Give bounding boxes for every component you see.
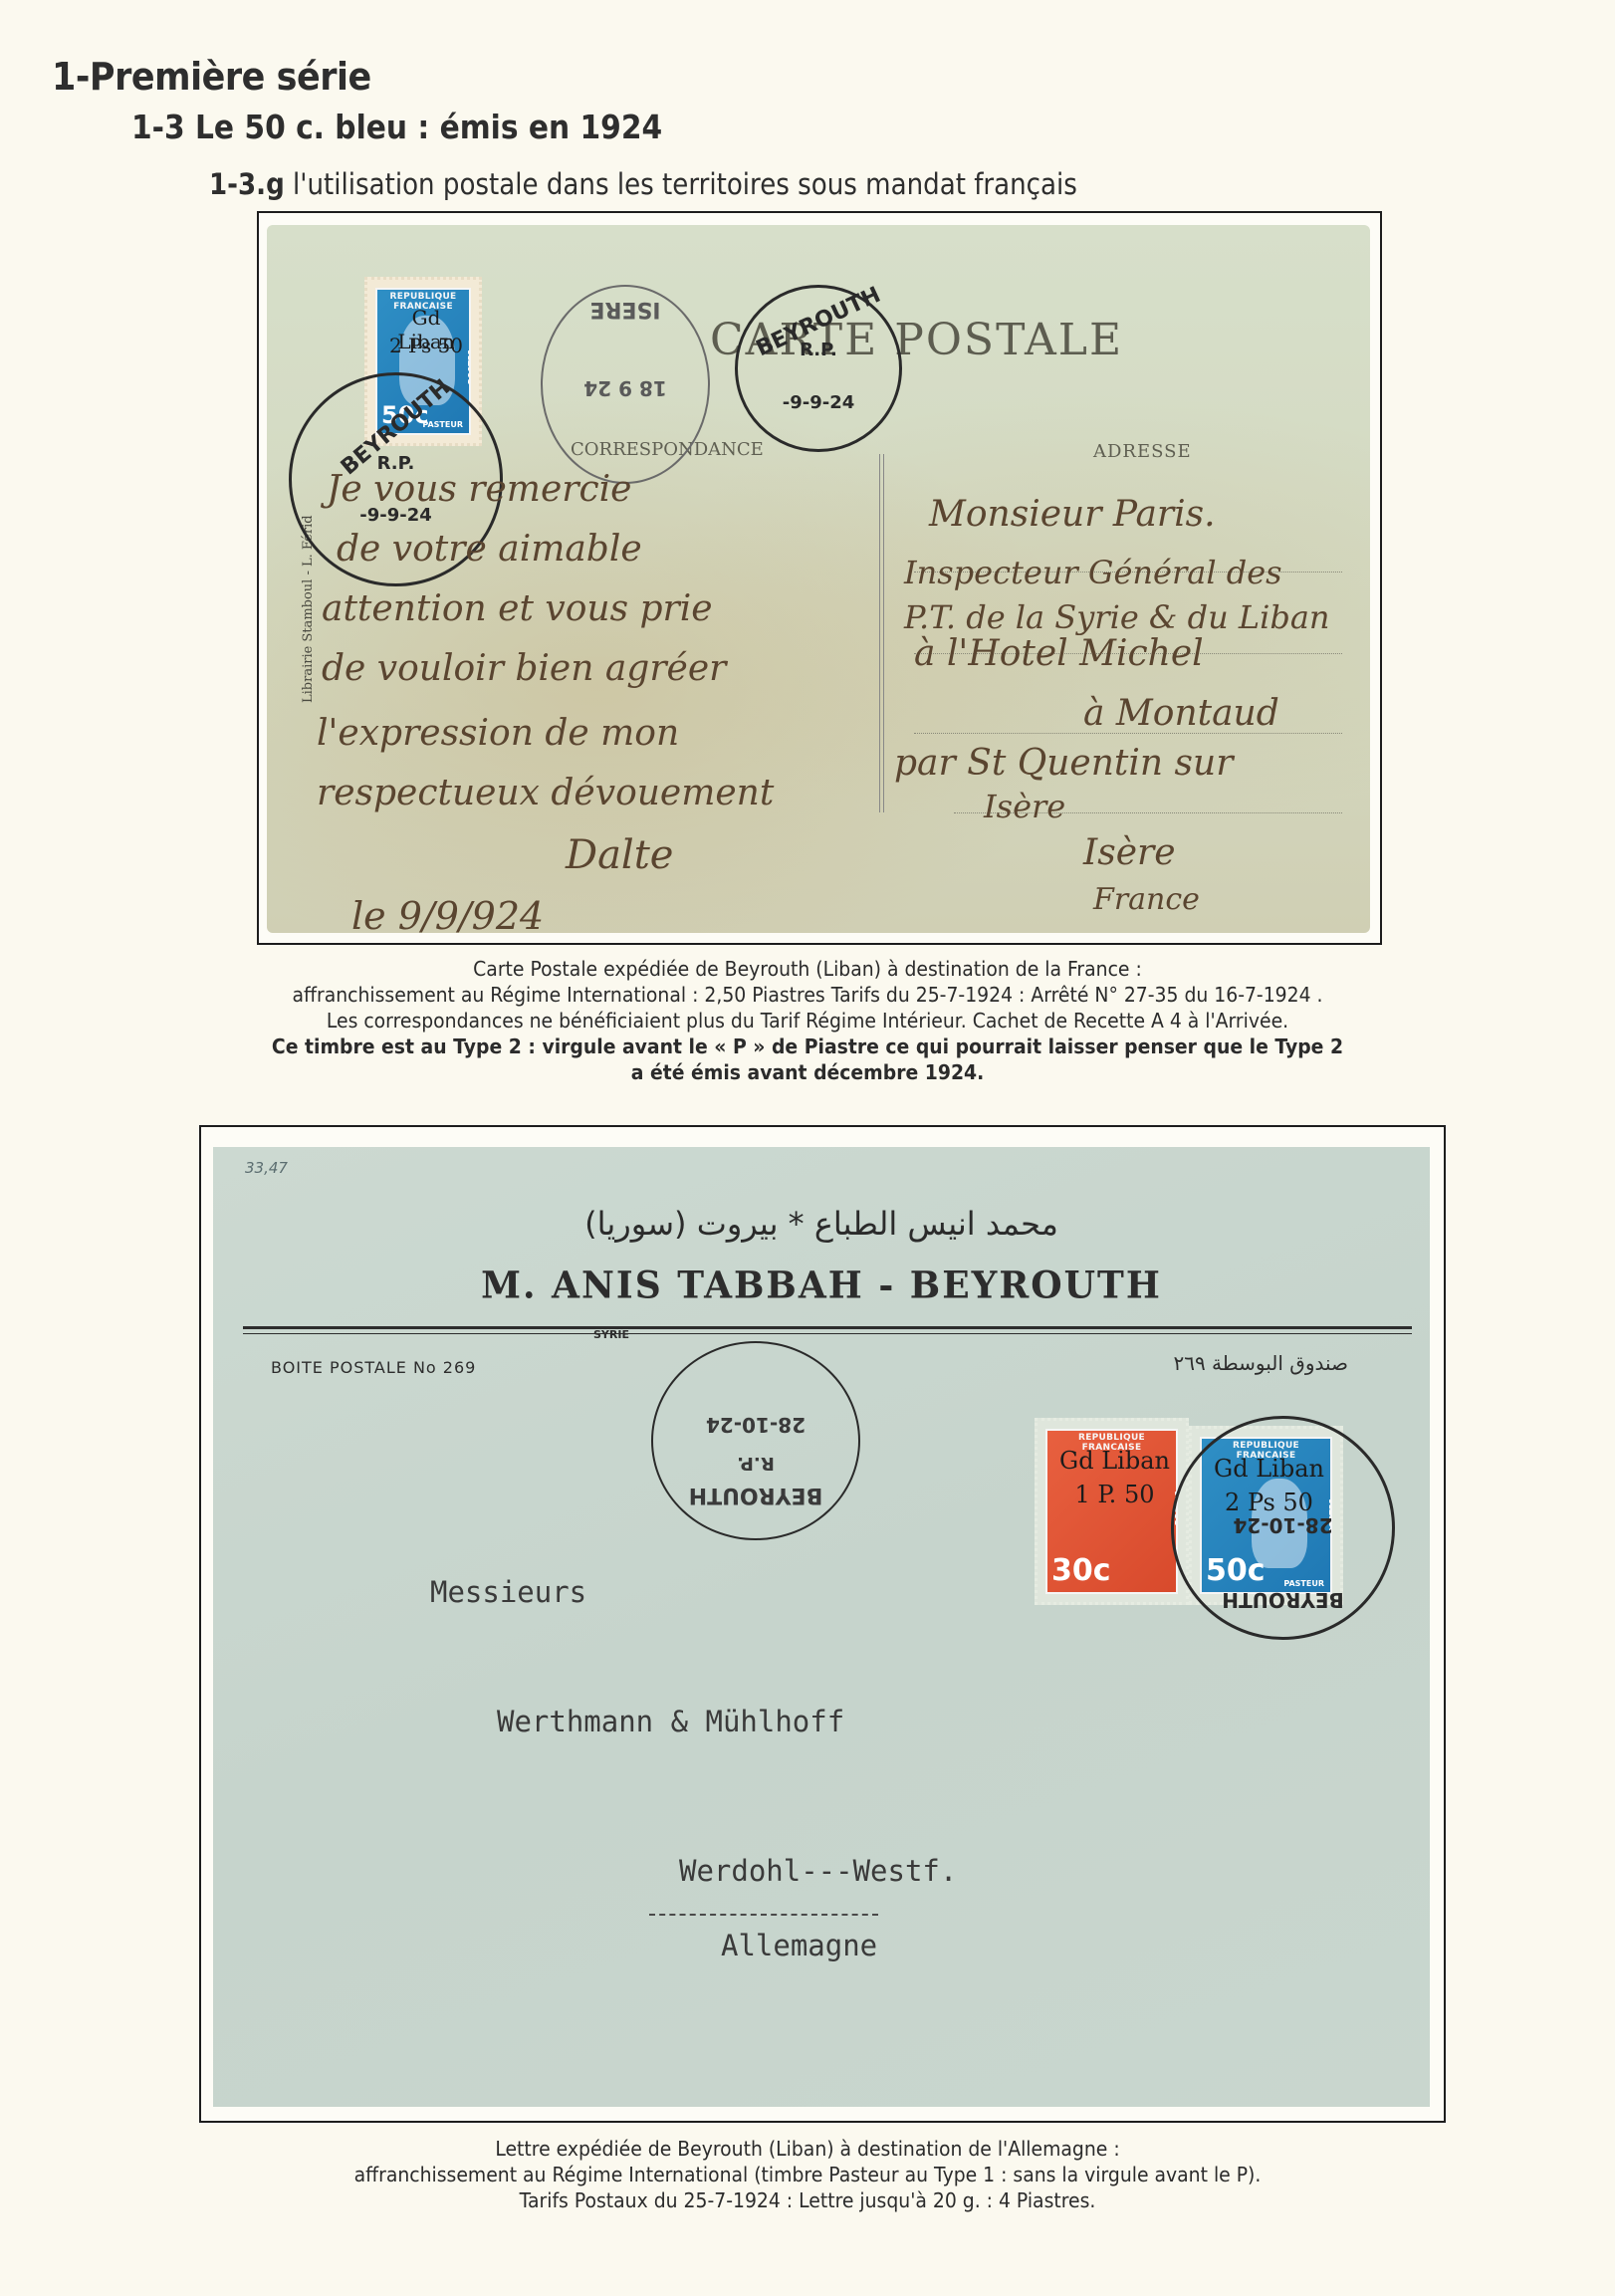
addressee-country: Allemagne: [721, 1929, 877, 1962]
address-line-text: Inspecteur Général des: [904, 554, 1282, 591]
envelope-caption: Lettre expédiée de Beyrouth (Liban) à de…: [0, 2136, 1615, 2213]
addressee-salutation: Messieurs: [430, 1575, 586, 1609]
po-box-arabic: صندوق البوسطة ٢٦٩: [1173, 1351, 1348, 1375]
postcard-frame: CARTE POSTALE CORRESPONDANCE ADRESSE Lib…: [257, 211, 1382, 945]
stamp-semeuse-30c: REPUBLIQUE FRANCAISE Gd Liban 1 P. 50 PO…: [1035, 1418, 1189, 1605]
caption-line: affranchissement au Régime International…: [49, 982, 1567, 1008]
caption-line: Les correspondances ne bénéficiaient plu…: [49, 1008, 1567, 1033]
address-line-text: Monsieur Paris.: [929, 494, 1216, 535]
adresse-label: ADRESSE: [1093, 441, 1192, 462]
letterhead-arabic: محمد انيس الطباع * بيروت (سوريا): [213, 1205, 1430, 1243]
letterhead-rule: [243, 1333, 1412, 1334]
caption-line: Lettre expédiée de Beyrouth (Liban) à de…: [49, 2136, 1567, 2162]
handwritten-date: le 9/9/924: [351, 894, 544, 938]
message-line: l'expression de mon: [317, 713, 679, 754]
address-line-text: à Montaud: [1083, 693, 1279, 734]
stamp-overprint: Gd Liban: [1053, 1447, 1176, 1475]
address-underline: [649, 1914, 878, 1916]
message-line: de vouloir bien agréer: [322, 648, 726, 689]
postcard-divider: [879, 454, 884, 812]
caption-line-bold: a été émis avant décembre 1924.: [49, 1059, 1567, 1085]
postcard-caption: Carte Postale expédiée de Beyrouth (Liba…: [0, 956, 1615, 1085]
message-line: respectueux dévouement: [317, 773, 774, 813]
addressee-name: Werthmann & Mühlhoff: [497, 1705, 844, 1738]
envelope-frame: 33,47 محمد انيس الطباع * بيروت (سوريا) M…: [199, 1125, 1446, 2123]
signature: Dalte: [566, 832, 673, 878]
message-line: de votre aimable: [337, 529, 642, 570]
postmark-isere: ISERE 18 9 24: [541, 285, 710, 484]
address-line-text: Isère: [984, 788, 1065, 825]
address-line-text: par St Quentin sur: [894, 743, 1233, 784]
letterhead-rule: [243, 1326, 1412, 1329]
message-line: attention et vous prie: [322, 588, 713, 629]
pencil-note: 33,47: [245, 1159, 288, 1177]
envelope: 33,47 محمد انيس الطباع * بيروت (سوريا) M…: [213, 1147, 1430, 2107]
stamp-surcharge: 2 Ps 50: [383, 334, 469, 357]
section-title: 1-Première série: [52, 55, 371, 99]
item-number: 1-3.g: [209, 167, 285, 201]
caption-line: Carte Postale expédiée de Beyrouth (Liba…: [49, 956, 1567, 982]
item-title: 1-3.g l'utilisation postale dans les ter…: [209, 167, 1077, 201]
postmark-beyrouth-2: BEYROUTH R.P. -9-9-24: [735, 285, 902, 452]
caption-line: Tarifs Postaux du 25-7-1924 : Lettre jus…: [49, 2187, 1567, 2213]
postmark-beyrouth: 28-10-24 R.P. BEYROUTH: [651, 1341, 860, 1540]
letterhead-country: SYRIE: [593, 1328, 629, 1341]
po-box: BOITE POSTALE No 269: [271, 1358, 476, 1377]
message-line: Je vous remercie: [327, 469, 631, 510]
subsection-title: 1-3 Le 50 c. bleu : émis en 1924: [131, 108, 662, 146]
addressee-city: Werdohl---Westf.: [679, 1854, 957, 1888]
stamp-surcharge: 1 P. 50: [1053, 1481, 1176, 1508]
caption-line-bold: Ce timbre est au Type 2 : virgule avant …: [49, 1033, 1567, 1059]
address-line-text: à l'Hotel Michel: [914, 633, 1204, 674]
address-line-text: P.T. de la Syrie & du Liban: [904, 598, 1330, 636]
address-line-text: Isère: [1083, 832, 1176, 873]
caption-line: affranchissement au Régime International…: [49, 2162, 1567, 2187]
address-line-text: France: [1093, 882, 1200, 917]
postcard: CARTE POSTALE CORRESPONDANCE ADRESSE Lib…: [267, 225, 1370, 933]
stamp-value: 30c: [1051, 1553, 1111, 1588]
postmark-beyrouth-stamps: 28-10-24 BEYROUTH: [1171, 1416, 1395, 1640]
letterhead-name: M. ANIS TABBAH - BEYROUTH: [213, 1263, 1430, 1307]
item-title-text: l'utilisation postale dans les territoir…: [293, 167, 1077, 201]
